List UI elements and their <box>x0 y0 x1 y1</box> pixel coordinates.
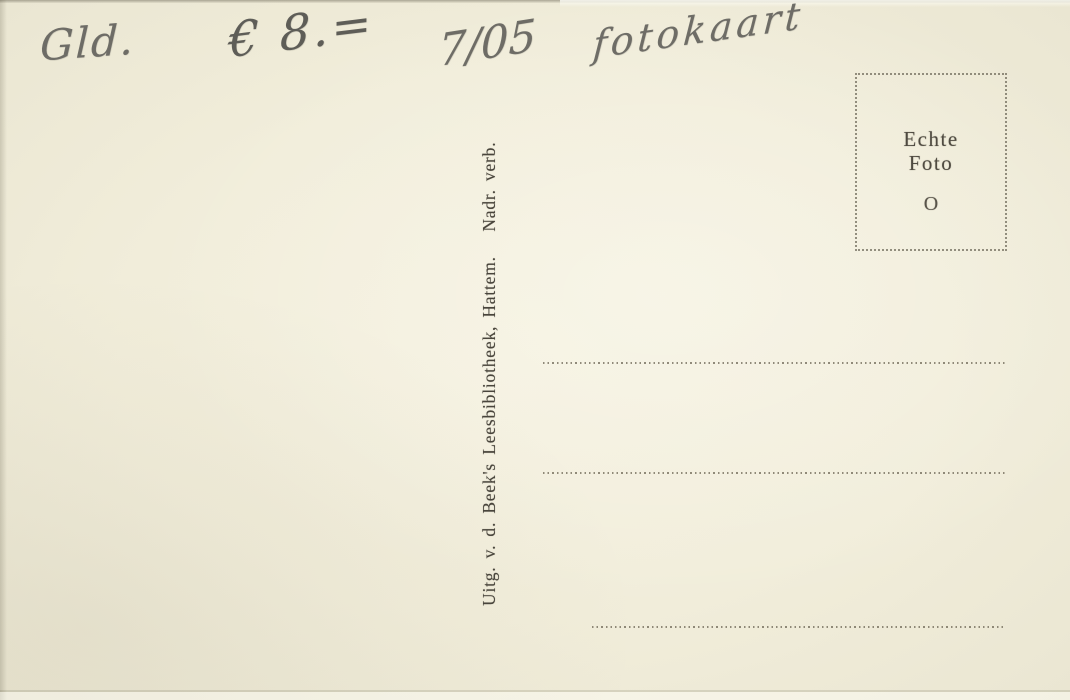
stamp-line-echte: Echte <box>857 127 1005 151</box>
card-top-edge-highlight <box>560 0 1070 7</box>
postcard-scan: Gld. € 8.= 7/05 fotokaart Uitg. v. d. Be… <box>0 0 1070 700</box>
address-line <box>543 362 1005 364</box>
stamp-text: Echte Foto <box>857 127 1005 175</box>
stamp-line-foto: Foto <box>857 151 1005 175</box>
stamp-box: Echte Foto O <box>855 73 1007 251</box>
card-left-edge <box>0 0 7 700</box>
card-bottom-edge-highlight <box>0 692 1070 700</box>
stamp-control-mark: O <box>857 193 1005 216</box>
handwritten-province-note: Gld. <box>39 15 136 71</box>
address-line <box>592 626 1003 628</box>
address-line <box>543 472 1007 474</box>
publisher-imprint: Uitg. v. d. Beek's Leesbibliotheek, Hatt… <box>479 134 500 606</box>
